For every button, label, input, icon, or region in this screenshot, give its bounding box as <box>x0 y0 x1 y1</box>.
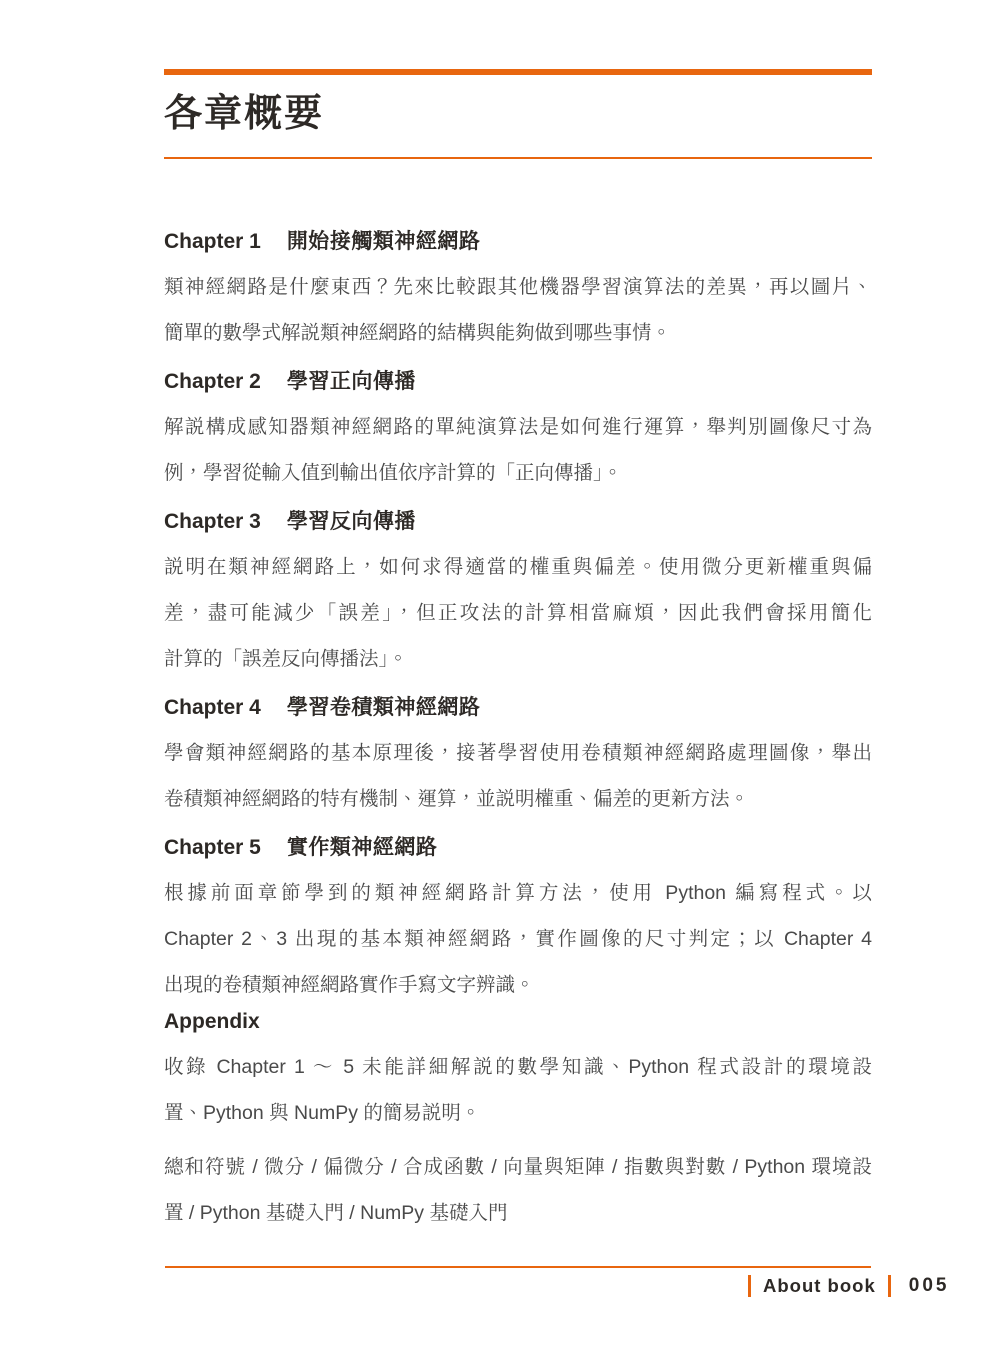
chapter-2-title: 學習正向傳播 <box>287 368 416 396</box>
chapter-4-summary: 學會類神經網路的基本原理後，接著學習使用卷積類神經網路處理圖像，舉出 卷積類神經… <box>164 730 872 822</box>
chapter-1-title: 開始接觸類神經網路 <box>287 228 481 256</box>
title-top-rule <box>164 69 872 75</box>
title-bottom-rule <box>164 157 872 159</box>
appendix-label: Appendix <box>164 1008 260 1036</box>
page-content: 各章概要 Chapter 1 開始接觸類神經網路 類神經網路是什麼東西？先來比較… <box>164 0 872 1236</box>
chapter-2-heading: Chapter 2 學習正向傳播 <box>164 368 872 396</box>
summary-line: 計算的「誤差反向傳播法」。 <box>164 636 872 682</box>
footer-tick-right <box>888 1275 891 1297</box>
chapter-3-title: 學習反向傳播 <box>287 508 416 536</box>
page-title: 各章概要 <box>164 92 872 136</box>
section-appendix: Appendix 收錄 Chapter 1 ～ 5 未能詳細解説的數學知識、Py… <box>164 1008 872 1236</box>
appendix-summary: 收錄 Chapter 1 ～ 5 未能詳細解説的數學知識、Python 程式設計… <box>164 1044 872 1136</box>
section-chapter-4: Chapter 4 學習卷積類神經網路 學會類神經網路的基本原理後，接著學習使用… <box>164 694 872 822</box>
summary-line: 例，學習從輸入值到輸出值依序計算的「正向傳播」。 <box>164 450 872 496</box>
footer-section-label: About book <box>763 1275 876 1297</box>
chapter-5-heading: Chapter 5 實作類神經網路 <box>164 834 872 862</box>
chapter-4-title: 學習卷積類神經網路 <box>287 694 481 722</box>
chapter-1-summary: 類神經網路是什麼東西？先來比較跟其他機器學習演算法的差異，再以圖片、 簡單的數學… <box>164 264 872 356</box>
book-page: 各章概要 Chapter 1 開始接觸類神經網路 類神經網路是什麼東西？先來比較… <box>0 0 1000 1353</box>
summary-line: 差，盡可能減少「誤差」，但正攻法的計算相當麻煩，因此我們會採用簡化 <box>164 590 872 636</box>
chapter-1-heading: Chapter 1 開始接觸類神經網路 <box>164 228 872 256</box>
summary-line: 説明在類神經網路上，如何求得適當的權重與偏差。使用微分更新權重與偏 <box>164 544 872 590</box>
chapter-2-summary: 解説構成感知器類神經網路的單純演算法是如何進行運算，舉判別圖像尺寸為 例，學習從… <box>164 404 872 496</box>
summary-line: 收錄 Chapter 1 ～ 5 未能詳細解説的數學知識、Python 程式設計… <box>164 1044 872 1090</box>
section-chapter-2: Chapter 2 學習正向傳播 解説構成感知器類神經網路的單純演算法是如何進行… <box>164 368 872 496</box>
summary-line: 總和符號 / 微分 / 偏微分 / 合成函數 / 向量與矩陣 / 指數與對數 /… <box>164 1144 872 1190</box>
summary-line: 置、Python 與 NumPy 的簡易説明。 <box>164 1090 872 1136</box>
chapter-3-label: Chapter 3 <box>164 508 261 536</box>
chapter-4-heading: Chapter 4 學習卷積類神經網路 <box>164 694 872 722</box>
chapter-summaries: Chapter 1 開始接觸類神經網路 類神經網路是什麼東西？先來比較跟其他機器… <box>164 228 872 1236</box>
chapter-1-label: Chapter 1 <box>164 228 261 256</box>
footer-tick-left <box>748 1275 751 1297</box>
chapter-5-label: Chapter 5 <box>164 834 261 862</box>
footer: About book 005 <box>748 1274 949 1298</box>
summary-line: Chapter 2、3 出現的基本類神經網路，實作圖像的尺寸判定；以 Chapt… <box>164 916 872 962</box>
summary-line: 類神經網路是什麼東西？先來比較跟其他機器學習演算法的差異，再以圖片、 <box>164 264 872 310</box>
section-chapter-5: Chapter 5 實作類神經網路 根據前面章節學到的類神經網路計算方法，使用 … <box>164 834 872 1008</box>
page-number: 005 <box>909 1275 950 1297</box>
summary-line: 卷積類神經網路的特有機制、運算，並説明權重、偏差的更新方法。 <box>164 776 872 822</box>
summary-line: 出現的卷積類神經網路實作手寫文字辨識。 <box>164 962 872 1008</box>
appendix-heading: Appendix <box>164 1008 872 1036</box>
section-chapter-3: Chapter 3 學習反向傳播 説明在類神經網路上，如何求得適當的權重與偏差。… <box>164 508 872 682</box>
section-chapter-1: Chapter 1 開始接觸類神經網路 類神經網路是什麼東西？先來比較跟其他機器… <box>164 228 872 356</box>
appendix-topics-list: 總和符號 / 微分 / 偏微分 / 合成函數 / 向量與矩陣 / 指數與對數 /… <box>164 1144 872 1236</box>
summary-line: 根據前面章節學到的類神經網路計算方法，使用 Python 編寫程式。以 <box>164 870 872 916</box>
chapter-3-heading: Chapter 3 學習反向傳播 <box>164 508 872 536</box>
chapter-5-title: 實作類神經網路 <box>287 834 438 862</box>
chapter-2-label: Chapter 2 <box>164 368 261 396</box>
summary-line: 置 / Python 基礎入門 / NumPy 基礎入門 <box>164 1190 872 1236</box>
summary-line: 解説構成感知器類神經網路的單純演算法是如何進行運算，舉判別圖像尺寸為 <box>164 404 872 450</box>
chapter-4-label: Chapter 4 <box>164 694 261 722</box>
footer-rule <box>165 1266 871 1268</box>
chapter-5-summary: 根據前面章節學到的類神經網路計算方法，使用 Python 編寫程式。以 Chap… <box>164 870 872 1008</box>
summary-line: 簡單的數學式解説類神經網路的結構與能夠做到哪些事情。 <box>164 310 872 356</box>
summary-line: 學會類神經網路的基本原理後，接著學習使用卷積類神經網路處理圖像，舉出 <box>164 730 872 776</box>
chapter-3-summary: 説明在類神經網路上，如何求得適當的權重與偏差。使用微分更新權重與偏 差，盡可能減… <box>164 544 872 682</box>
